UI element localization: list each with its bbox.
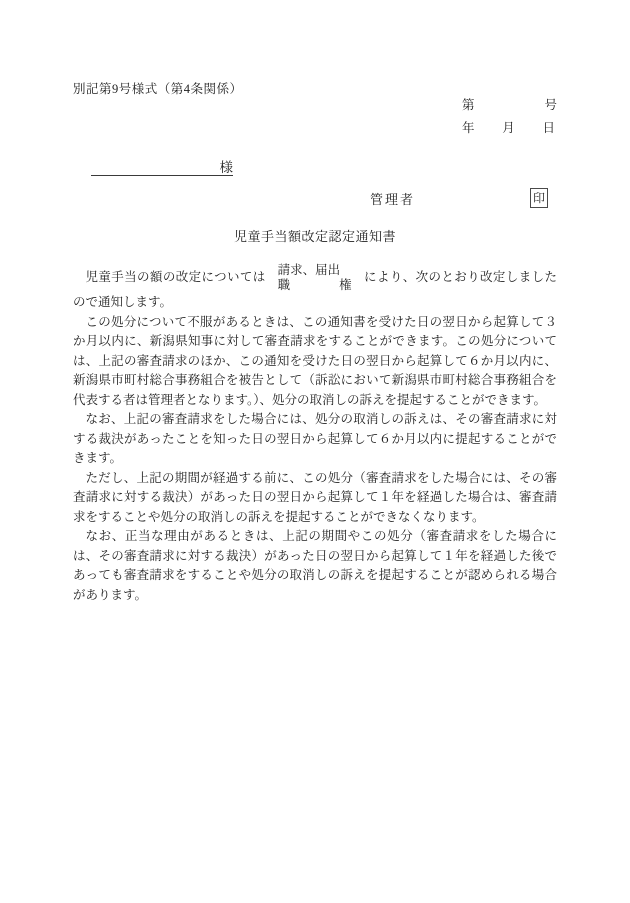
choice-bottom-right-char: 権: [339, 278, 352, 293]
seal-box: 印: [530, 188, 548, 208]
request-or-authority-choice: 請求、届出職権: [278, 263, 352, 293]
choice-bottom-left-char: 職: [278, 278, 291, 293]
paragraph-1-before-text: 児童手当の額の改定については: [86, 270, 266, 284]
addressee-line: 様: [91, 156, 233, 176]
paragraph-lawsuit-after-review: なお、上記の審査請求をした場合には、処分の取消しの訴えは、その審査請求に対する裁…: [73, 410, 557, 469]
form-reference: 別記第9号様式（第4条関係）: [73, 79, 243, 97]
number-suffix: 号: [544, 95, 557, 113]
choice-official-authority-label: 職権: [278, 278, 352, 293]
paragraph-appeal-rights: この処分について不服があるときは、この通知書を受けた日の翌日から起算して３か月以…: [73, 313, 557, 411]
date-month-label: 月: [502, 118, 515, 136]
number-prefix: 第: [462, 95, 475, 113]
date-day-label: 日: [542, 118, 555, 136]
paragraph-justifiable-reason: なお、正当な理由があるときは、上記の期間やこの処分（審査請求をした場合には、その…: [73, 527, 557, 605]
date-year-label: 年: [462, 118, 475, 136]
date-line: 年 月 日: [462, 118, 555, 136]
paragraph-revision-notice: 児童手当の額の改定については請求、届出職権により、次のとおり改定しましたので通知…: [73, 263, 557, 313]
issuer-line: 管理者 印: [370, 188, 548, 208]
document-title: 児童手当額改定認定通知書: [0, 226, 630, 245]
document-number-line: 第 号: [462, 95, 557, 113]
issuer-label: 管理者: [370, 189, 415, 208]
document-body: 児童手当の額の改定については請求、届出職権により、次のとおり改定しましたので通知…: [73, 263, 557, 605]
addressee-honorific: 様: [220, 160, 234, 175]
choice-request-notification-label: 請求、届出: [278, 263, 352, 278]
paragraph-one-year-limit: ただし、上記の期間が経過する前に、この処分（審査請求をした場合には、その審査請求…: [73, 469, 557, 528]
document-page: 別記第9号様式（第4条関係） 第 号 年 月 日 様 管理者 印 児童手当額改定…: [0, 0, 630, 903]
